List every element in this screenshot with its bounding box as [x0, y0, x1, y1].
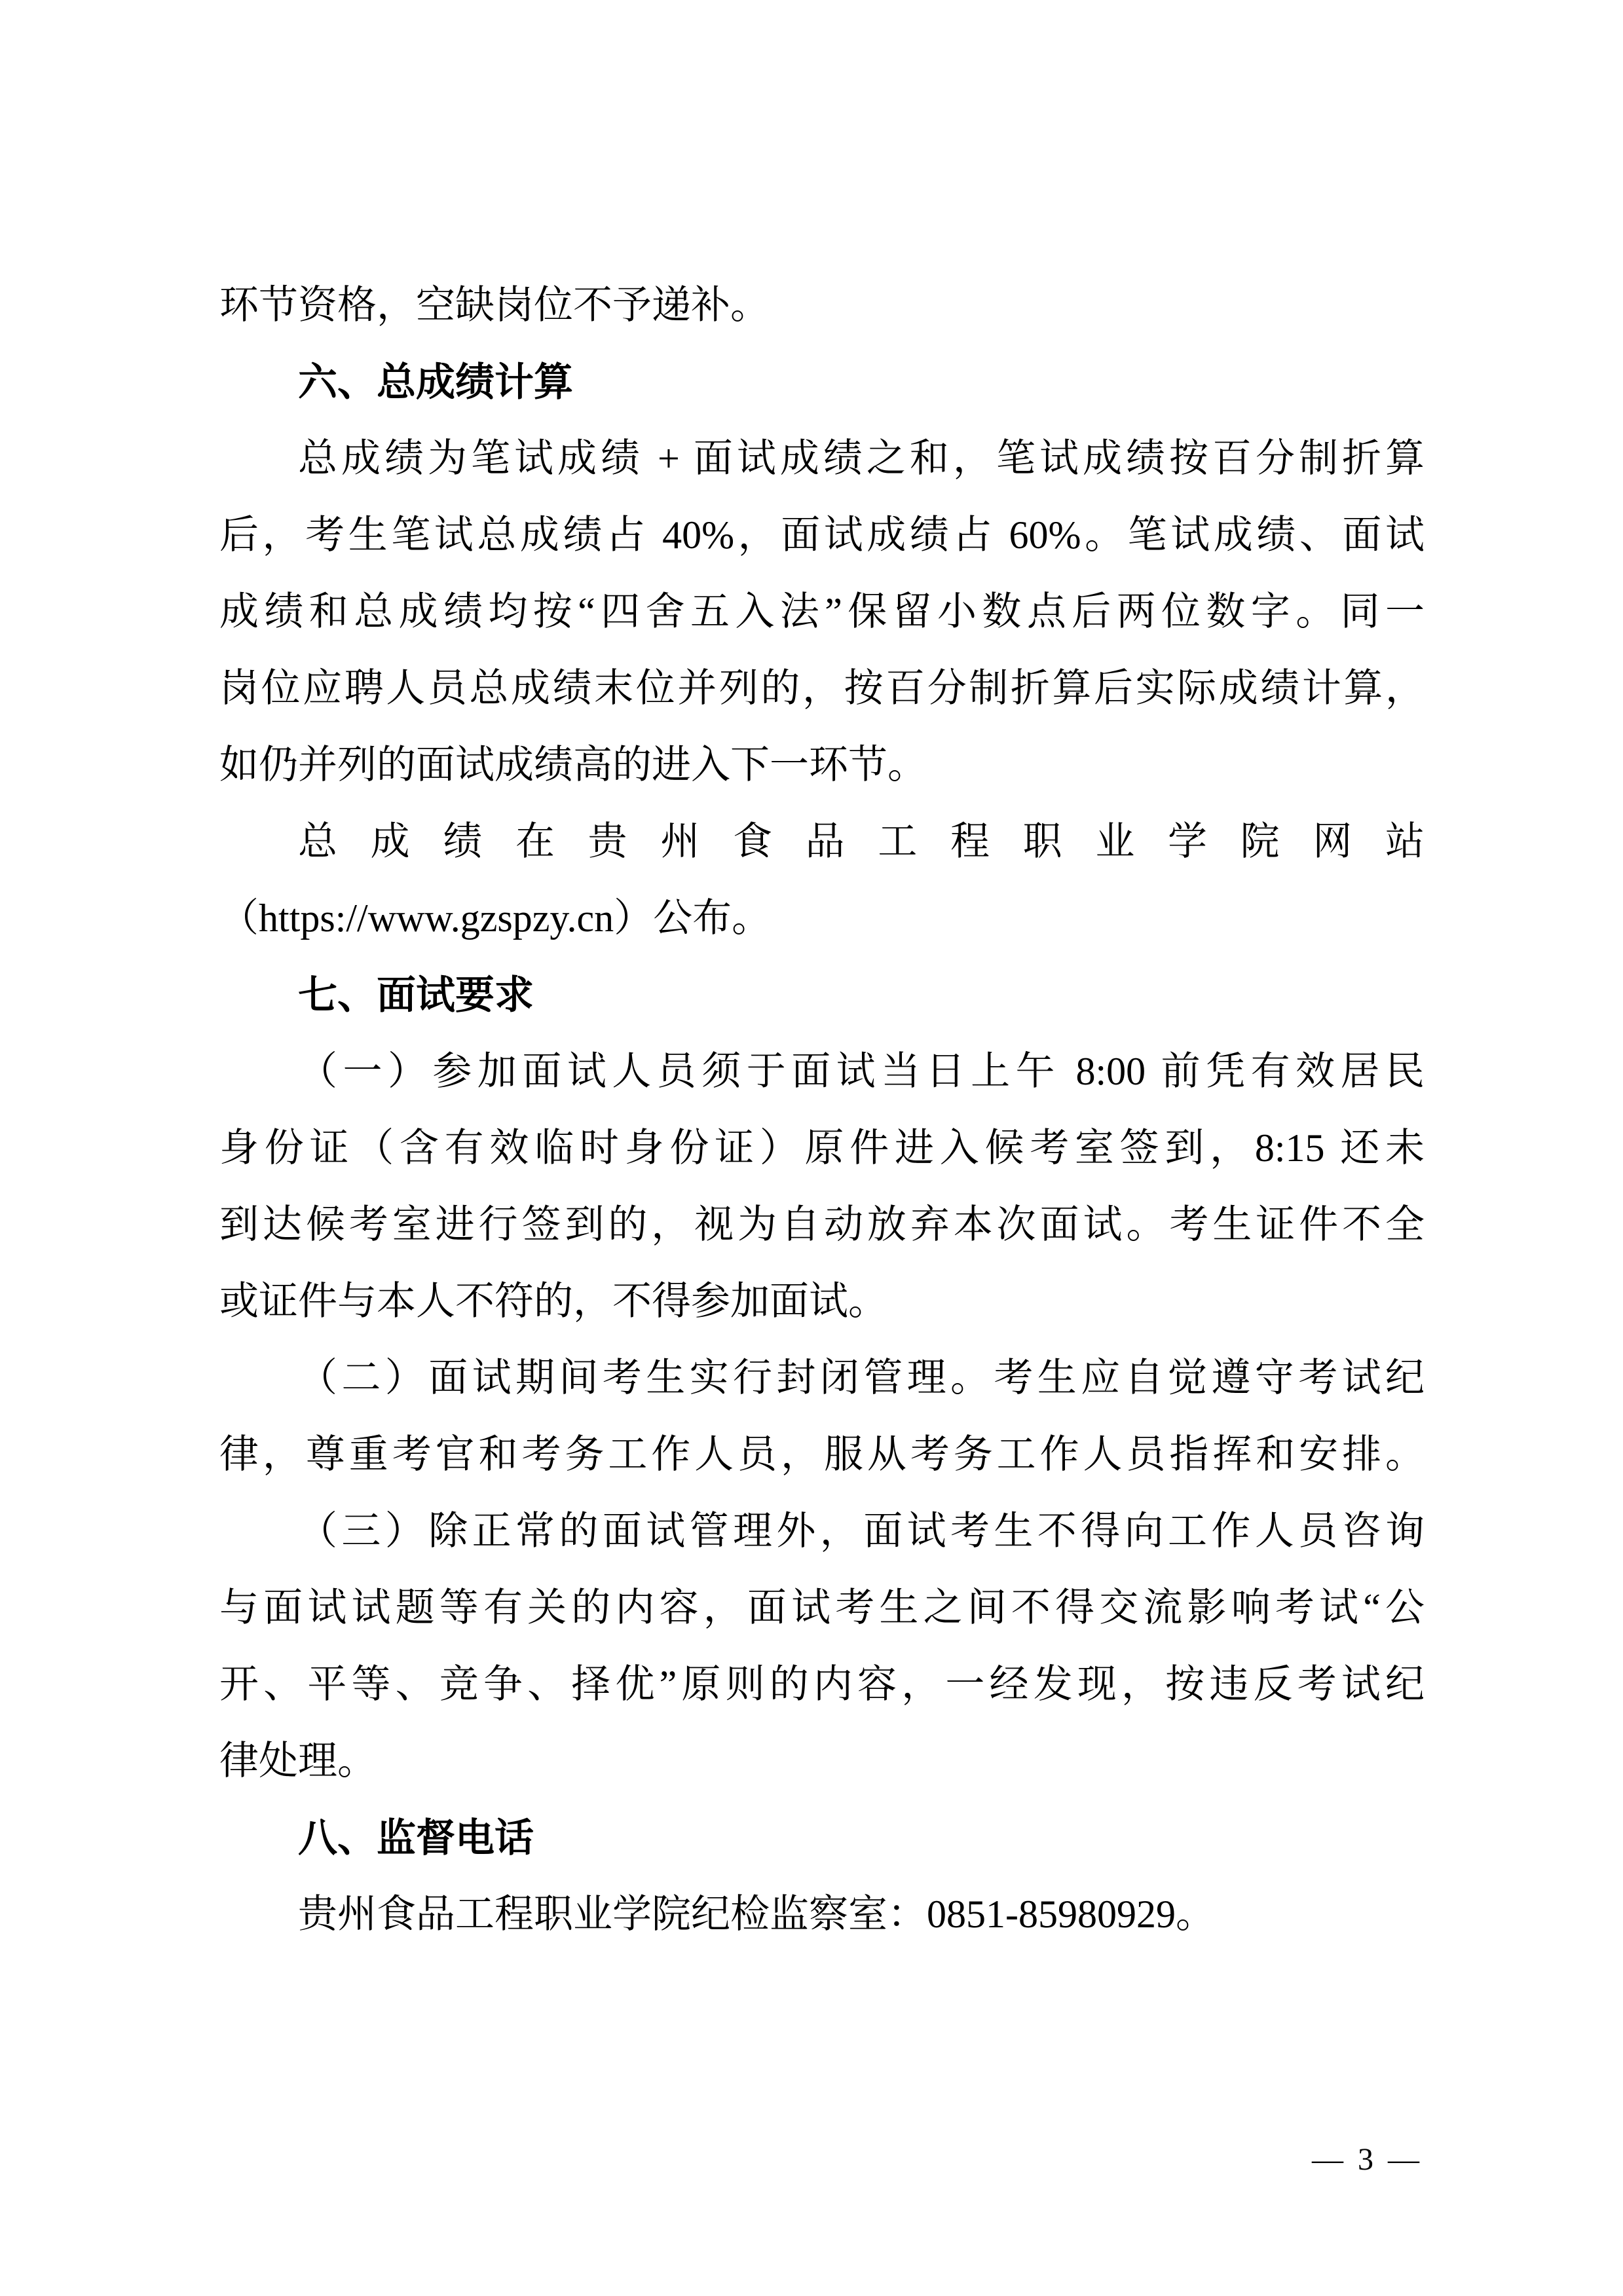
paragraph-total-score-line: 如仍并列的面试成绩高的进入下一环节。 — [219, 727, 1425, 804]
paragraph-continuation-line: 环节资格，空缺岗位不予递补。 — [219, 267, 1425, 344]
paragraph-score-announcement-line: 总成绩在贵州食品工程职业学院网站 — [219, 804, 1425, 880]
paragraph-interview-rule-2-line: 律，尊重考官和考务工作人员，服从考务工作人员指挥和安排。 — [219, 1416, 1425, 1493]
paragraph-interview-rule-3-line: 与面试试题等有关的内容，面试考生之间不得交流影响考试“公 — [219, 1570, 1425, 1646]
paragraph-interview-rule-1-line: 或证件与本人不符的，不得参加面试。 — [219, 1263, 1425, 1340]
paragraph-interview-rule-3-line: 律处理。 — [219, 1723, 1425, 1800]
paragraph-total-score-line: 岗位应聘人员总成绩末位并列的，按百分制折算后实际成绩计算， — [219, 650, 1425, 727]
paragraph-interview-rule-2-line: （二）面试期间考生实行封闭管理。考生应自觉遵守考试纪 — [219, 1340, 1425, 1416]
paragraph-total-score-line: 后，考生笔试总成绩占 40%，面试成绩占 60%。笔试成绩、面试 — [219, 497, 1425, 574]
paragraph-interview-rule-3-line: （三）除正常的面试管理外，面试考生不得向工作人员咨询 — [219, 1493, 1425, 1570]
paragraph-interview-rule-1-line: 身份证（含有效临时身份证）原件进入候考室签到，8:15 还未 — [219, 1110, 1425, 1187]
paragraph-interview-rule-3-line: 开、平等、竞争、择优”原则的内容，一经发现，按违反考试纪 — [219, 1646, 1425, 1723]
heading-total-score-calculation: 六、总成绩计算 — [219, 344, 1425, 420]
heading-interview-requirements: 七、面试要求 — [219, 957, 1425, 1033]
paragraph-supervision-phone-line: 贵州食品工程职业学院纪检监察室：0851-85980929。 — [219, 1876, 1425, 1953]
document-page: 环节资格，空缺岗位不予递补。 六、总成绩计算 总成绩为笔试成绩 + 面试成绩之和… — [0, 0, 1623, 2296]
document-body: 环节资格，空缺岗位不予递补。 六、总成绩计算 总成绩为笔试成绩 + 面试成绩之和… — [219, 267, 1425, 1953]
page-number: — 3 — — [1312, 2136, 1423, 2183]
paragraph-interview-rule-1-line: （一）参加面试人员须于面试当日上午 8:00 前凭有效居民 — [219, 1033, 1425, 1110]
heading-supervision-phone: 八、监督电话 — [219, 1800, 1425, 1876]
paragraph-score-announcement-line: （https://www.gzspzy.cn）公布。 — [219, 880, 1425, 957]
paragraph-interview-rule-1-line: 到达候考室进行签到的，视为自动放弃本次面试。考生证件不全 — [219, 1187, 1425, 1263]
paragraph-total-score-line: 成绩和总成绩均按“四舍五入法”保留小数点后两位数字。同一 — [219, 574, 1425, 650]
paragraph-total-score-line: 总成绩为笔试成绩 + 面试成绩之和，笔试成绩按百分制折算 — [219, 420, 1425, 497]
